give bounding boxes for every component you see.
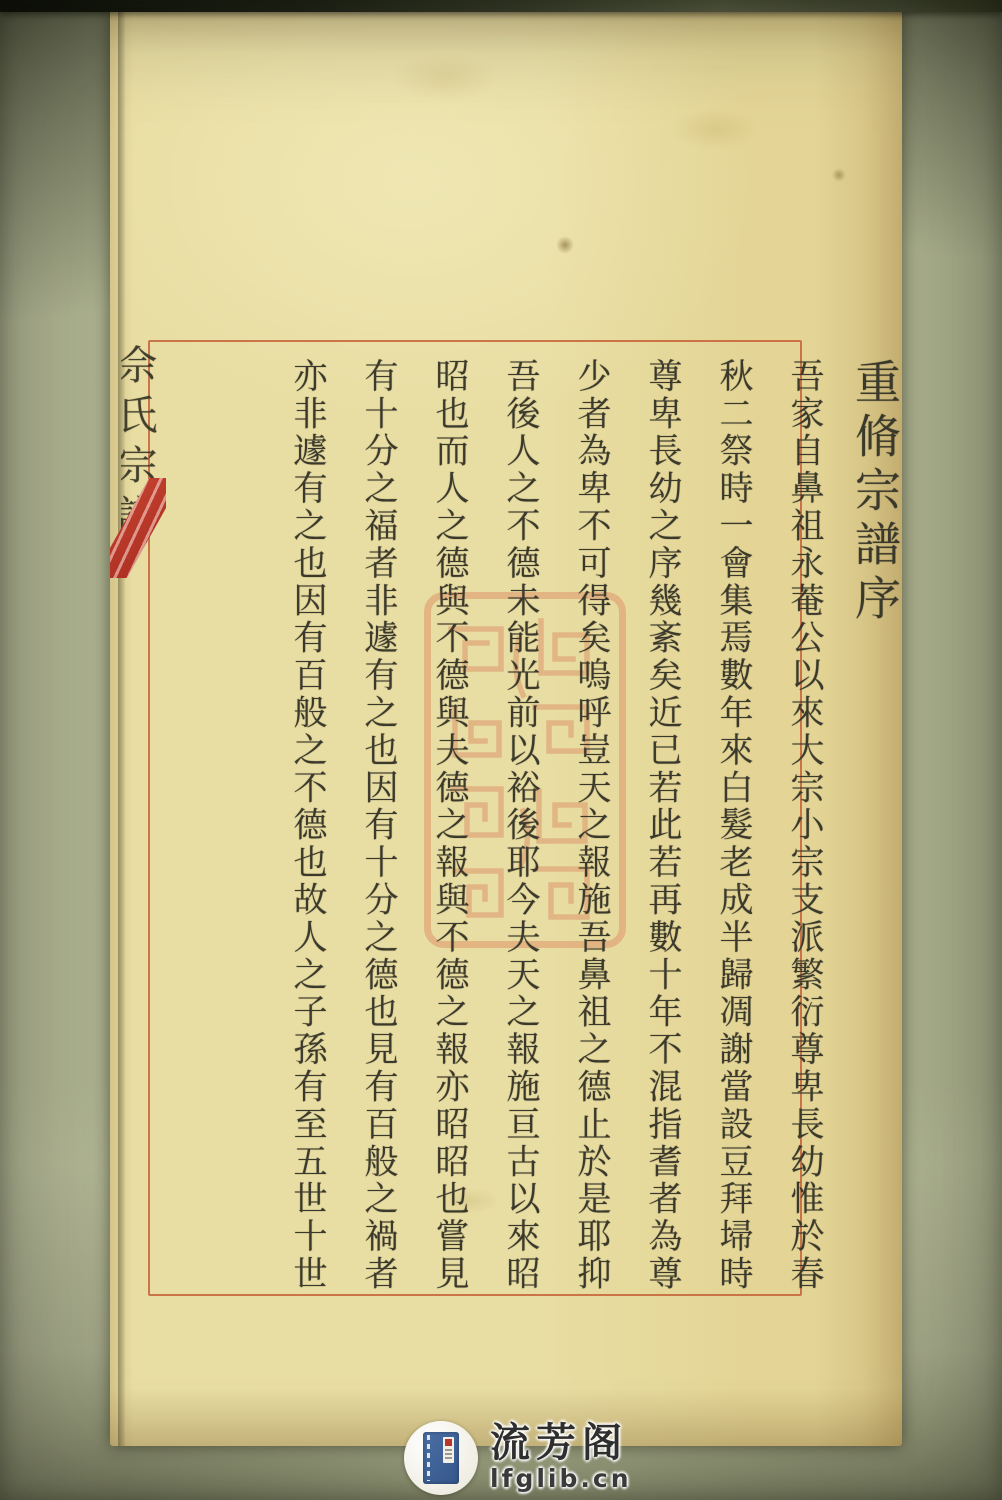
text-column-7: 有十分之福者非遽有之也因有十分之德也見有百般之禍者 <box>344 358 412 1318</box>
book-title-label-icon <box>443 1437 454 1463</box>
page-fold-shadow <box>118 8 125 1446</box>
text-column-5: 吾後人之不德未能光前以裕後耶今夫天之報施亘古以來昭 <box>486 358 554 1318</box>
text-column-2: 秋二祭時一會集焉數年來白髮老成半歸凋謝當設豆拜埽時 <box>699 358 767 1318</box>
stain <box>832 168 846 182</box>
stain <box>556 236 574 254</box>
book-stitching-icon <box>427 1435 430 1481</box>
scan-edge-band <box>0 0 1002 12</box>
watermark-site-name: 流芳阁 <box>490 1423 632 1463</box>
text-column-3: 尊卑長幼之序幾紊矣近已若此若再數十年不混指耆者為尊 <box>628 358 696 1318</box>
manuscript-page: 重脩宗譜序 吾家自鼻祖永菴公以來大宗小宗支派繁衍尊卑長幼惟於春 秋二祭時一會集焉… <box>110 8 902 1446</box>
book-cover-icon <box>423 1432 459 1484</box>
watermark-site-domain: lfglib.cn <box>490 1465 632 1493</box>
book-icon <box>404 1421 478 1495</box>
text-column-1: 吾家自鼻祖永菴公以來大宗小宗支派繁衍尊卑長幼惟於春 <box>770 358 838 1318</box>
watermark-text: 流芳阁 lfglib.cn <box>490 1423 632 1493</box>
scanned-genealogy-photo: 重脩宗譜序 吾家自鼻祖永菴公以來大宗小宗支派繁衍尊卑長幼惟於春 秋二祭時一會集焉… <box>0 0 1002 1500</box>
watermark: 流芳阁 lfglib.cn <box>404 1420 632 1496</box>
title-column: 重脩宗譜序 <box>840 358 902 1318</box>
text-column-8: 亦非遽有之也因有百般之不德也故人之子孫有至五世十世 <box>273 358 341 1318</box>
text-column-4: 少者為卑不可得矣嗚呼豈天之報施吾鼻祖之德止於是耶抑 <box>557 358 625 1318</box>
text-column-6: 昭也而人之德與不德與夫德之報與不德之報亦昭昭也嘗見 <box>415 358 483 1318</box>
stain <box>390 52 500 102</box>
stain <box>670 108 760 150</box>
